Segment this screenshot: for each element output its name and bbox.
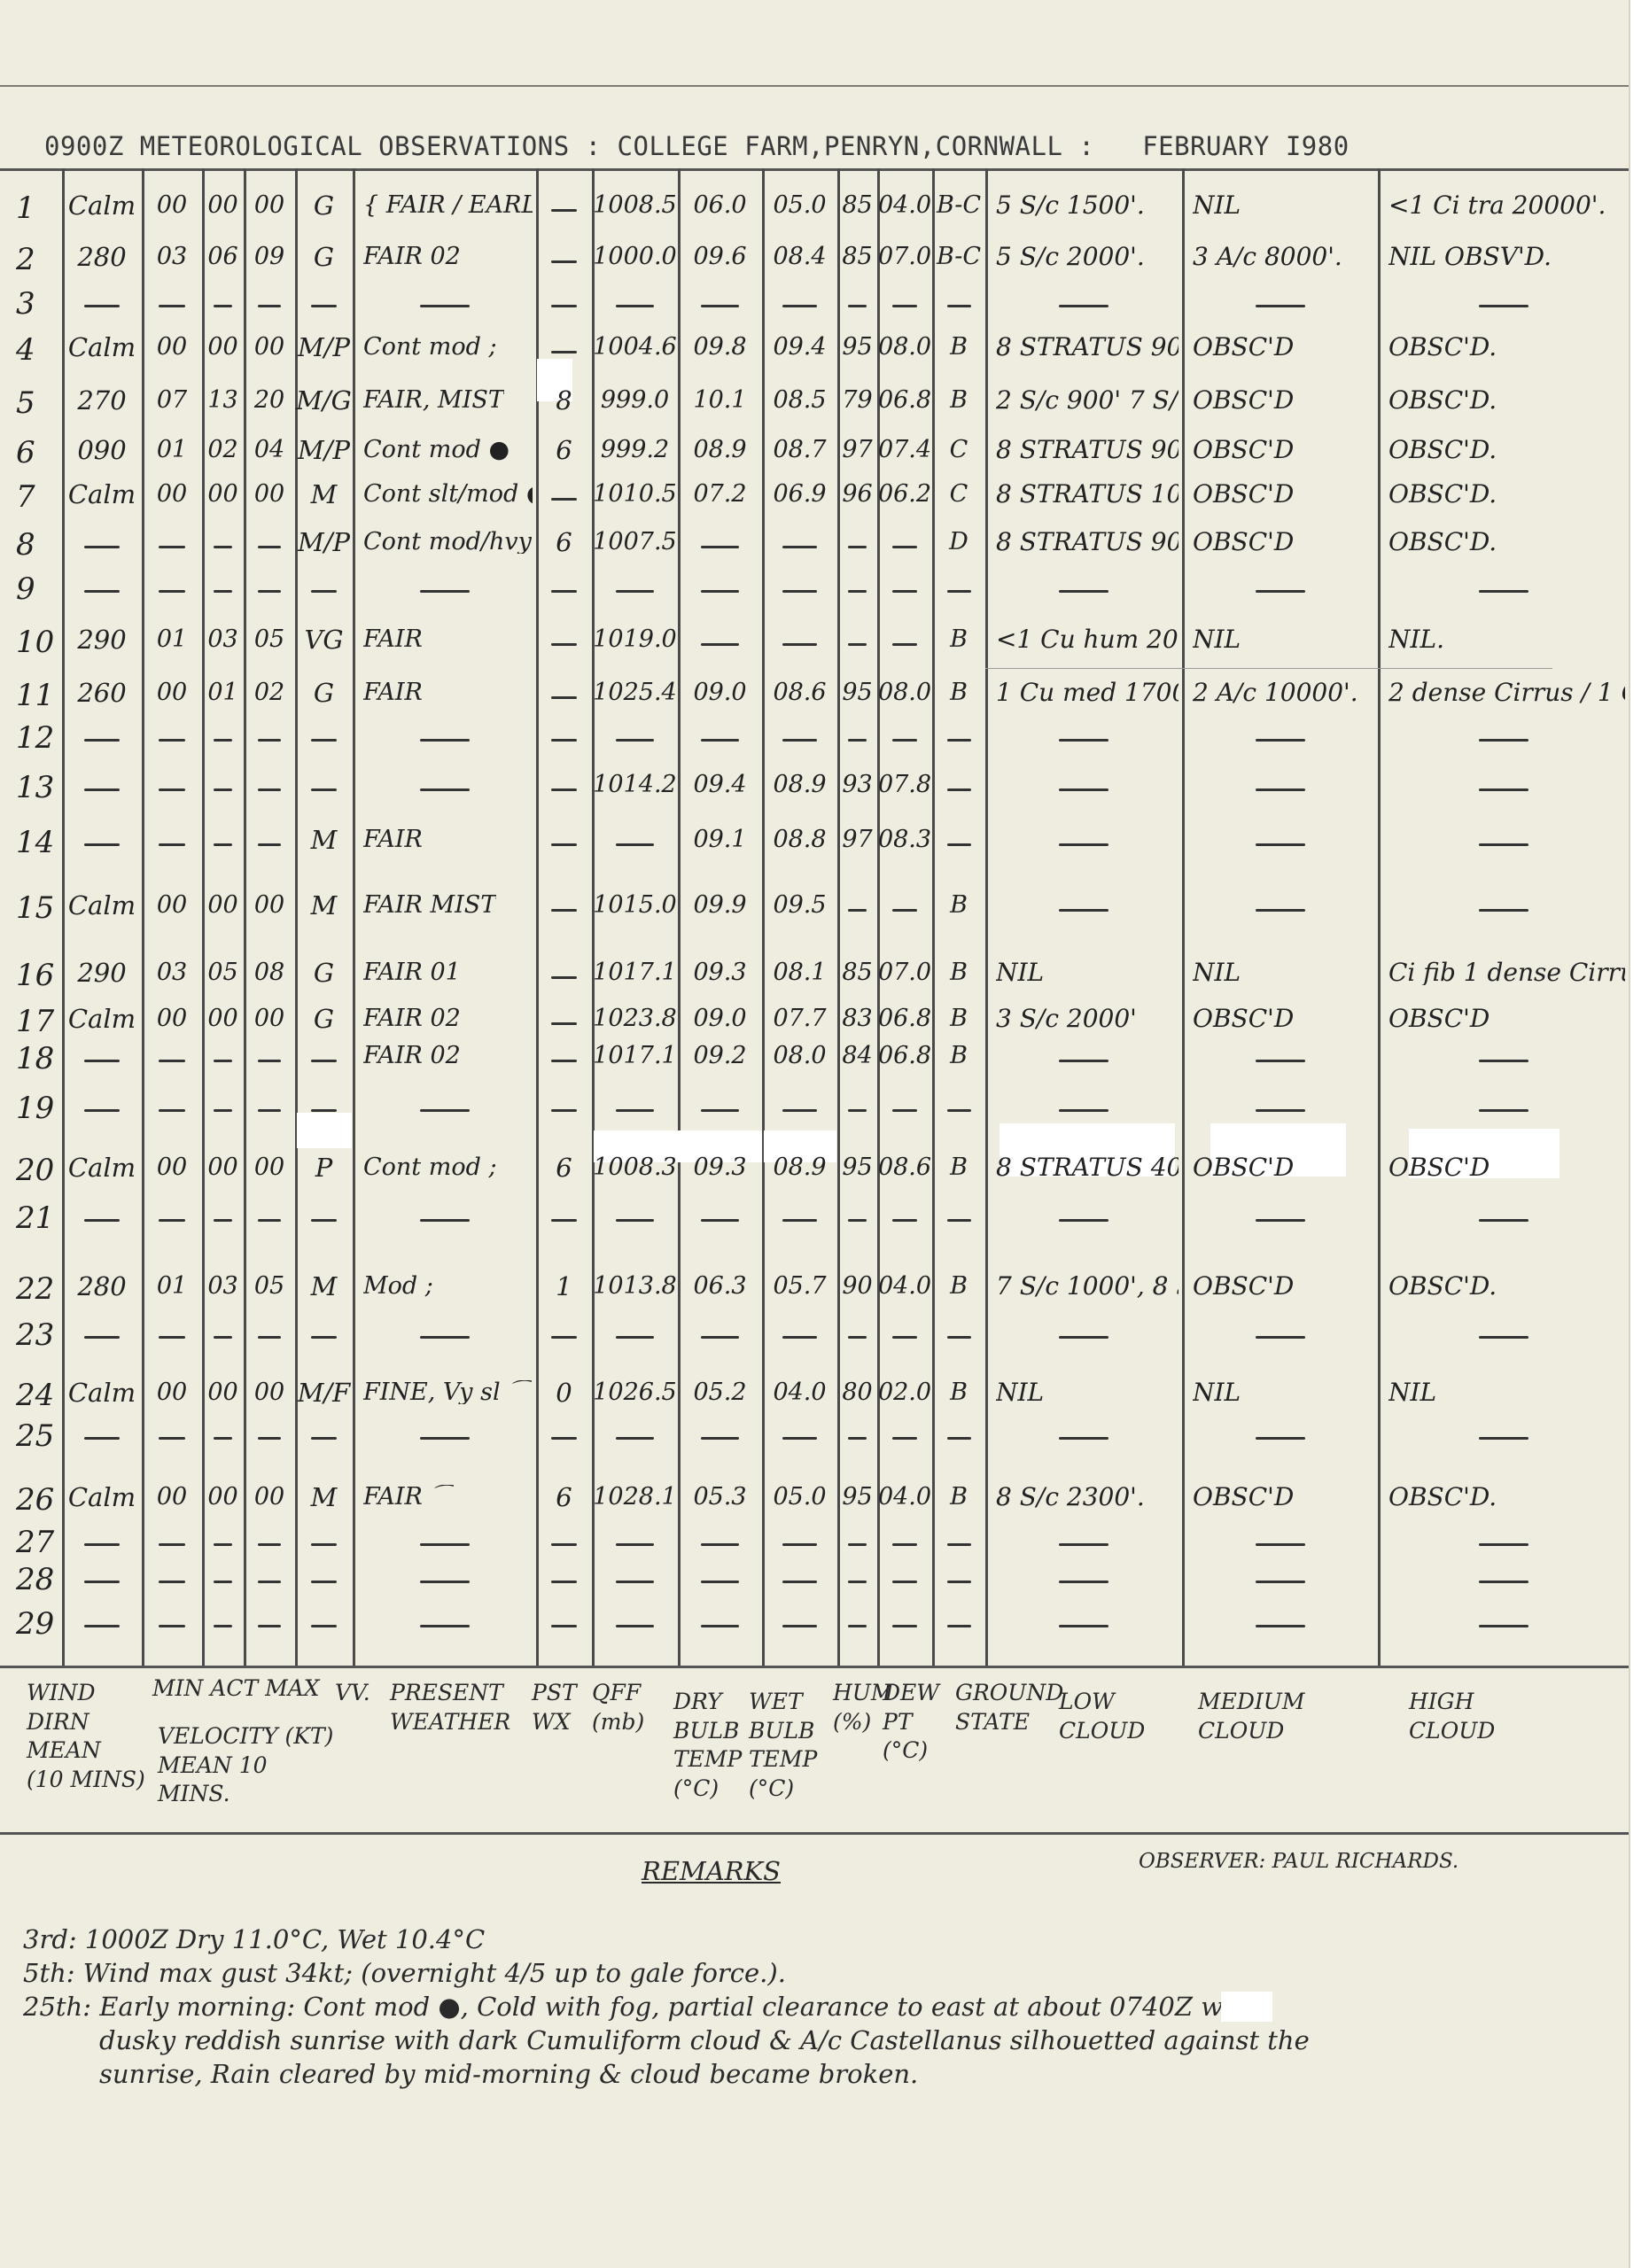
table-rule xyxy=(0,1666,1629,1668)
cell-vv: G xyxy=(295,680,353,706)
cell-dry: 09.3 xyxy=(678,960,762,984)
empty-cell-dash xyxy=(84,1060,121,1062)
table-rule xyxy=(0,1832,1629,1835)
cell-wet: 08.9 xyxy=(762,773,837,796)
cell-vel-act: 03 xyxy=(202,627,244,651)
day-number: 22 xyxy=(16,1274,54,1304)
cell-vv: P xyxy=(295,1155,353,1181)
empty-cell-dash xyxy=(1059,1625,1108,1627)
empty-cell-dash xyxy=(701,1219,739,1222)
cell-wet: 08.8 xyxy=(762,827,837,851)
cell-vel-min: 07 xyxy=(142,388,202,412)
cell-vel-min: 00 xyxy=(142,1380,202,1404)
day-number: 1 xyxy=(16,193,35,223)
header-qff: QFF (mb) xyxy=(592,1679,644,1736)
empty-cell-dash xyxy=(551,1022,576,1025)
cell-wind-dir: 280 xyxy=(62,1274,142,1300)
empty-cell-dash xyxy=(551,351,576,353)
cell-dry: 09.6 xyxy=(678,245,762,268)
empty-cell-dash xyxy=(892,1219,917,1222)
empty-cell-dash xyxy=(1479,1060,1528,1062)
day-number: 28 xyxy=(16,1565,54,1595)
cell-present-wx: FAIR, MIST xyxy=(363,388,504,412)
cell-vel-max: 00 xyxy=(244,893,295,917)
cell-vel-act: 05 xyxy=(202,960,244,984)
header-low: LOW CLOUD xyxy=(1059,1688,1145,1745)
column-divider xyxy=(1182,168,1185,1666)
empty-cell-dash xyxy=(782,590,816,593)
empty-cell-dash xyxy=(1479,305,1528,307)
cell-dew: 08.0 xyxy=(877,335,932,359)
cell-medium: 2 A/c 10000'. xyxy=(1193,680,1358,705)
cell-vv: G xyxy=(295,960,353,986)
empty-cell-dash xyxy=(258,843,281,846)
empty-cell-dash xyxy=(1479,1109,1528,1112)
empty-cell-dash xyxy=(1256,843,1305,846)
empty-cell-dash xyxy=(420,788,470,791)
day-number: 26 xyxy=(16,1485,54,1515)
empty-cell-dash xyxy=(159,305,186,307)
header-velocity-sub: MIN ACT MAX xyxy=(152,1674,320,1704)
empty-cell-dash xyxy=(84,1581,121,1583)
remark-line: 5th: Wind max gust 34kt; (overnight 4/5 … xyxy=(23,1958,786,1988)
empty-cell-dash xyxy=(1256,1543,1305,1546)
cell-high: OBSC'D. xyxy=(1388,482,1497,507)
cell-present-wx: FAIR 02 xyxy=(363,1044,461,1068)
cell-vel-min: 00 xyxy=(142,335,202,359)
cell-medium: NIL xyxy=(1193,960,1241,985)
empty-cell-dash xyxy=(848,1219,866,1222)
empty-cell-dash xyxy=(551,788,576,791)
empty-cell-dash xyxy=(420,1543,470,1546)
empty-cell-dash xyxy=(1479,1219,1528,1222)
cell-vel-max: 00 xyxy=(244,1485,295,1509)
cell-dew: 04.0 xyxy=(877,1274,932,1298)
empty-cell-dash xyxy=(84,1336,121,1339)
empty-cell-dash xyxy=(159,1060,186,1062)
empty-cell-dash xyxy=(947,1336,971,1339)
empty-cell-dash xyxy=(1256,305,1305,307)
cell-vel-max: 00 xyxy=(244,1380,295,1404)
cell-low: 3 S/c 2000' xyxy=(996,1006,1137,1031)
day-number: 12 xyxy=(16,723,54,753)
empty-cell-dash xyxy=(551,305,576,307)
cell-dry: 05.3 xyxy=(678,1485,762,1509)
cell-vel-act: 06 xyxy=(202,245,244,268)
day-number: 19 xyxy=(16,1093,54,1123)
cell-vv: G xyxy=(295,1006,353,1032)
empty-cell-dash xyxy=(616,1437,655,1440)
cell-qff: 1008.3 xyxy=(592,1155,678,1179)
cell-vel-min: 00 xyxy=(142,680,202,704)
empty-cell-dash xyxy=(1059,788,1108,791)
empty-cell-dash xyxy=(311,1543,337,1546)
empty-cell-dash xyxy=(159,1543,186,1546)
cell-medium: NIL xyxy=(1193,627,1241,652)
day-number: 13 xyxy=(16,773,54,803)
empty-cell-dash xyxy=(214,1336,232,1339)
day-number: 3 xyxy=(16,289,35,319)
cell-wind-dir: 280 xyxy=(62,245,142,270)
empty-cell-dash xyxy=(1059,1060,1108,1062)
empty-cell-dash xyxy=(311,1437,337,1440)
cell-qff: 1015.0 xyxy=(592,893,678,917)
empty-cell-dash xyxy=(1256,590,1305,593)
empty-cell-dash xyxy=(159,546,186,548)
remarks-title: REMARKS xyxy=(642,1856,781,1886)
empty-cell-dash xyxy=(551,260,576,263)
cell-high: OBSC'D. xyxy=(1388,388,1497,413)
cell-pst-wx: 8 xyxy=(536,388,592,414)
empty-cell-dash xyxy=(214,1109,232,1112)
cell-dew: 07.0 xyxy=(877,960,932,984)
empty-cell-dash xyxy=(1059,590,1108,593)
empty-cell-dash xyxy=(848,1336,866,1339)
cell-wet: 09.4 xyxy=(762,335,837,359)
empty-cell-dash xyxy=(84,1219,121,1222)
cell-vel-min: 01 xyxy=(142,438,202,462)
day-number: 8 xyxy=(16,530,35,560)
header-medium: MEDIUM CLOUD xyxy=(1198,1688,1304,1745)
empty-cell-dash xyxy=(616,1543,655,1546)
cell-hum: 97 xyxy=(837,438,877,462)
cell-dry: 09.2 xyxy=(678,1044,762,1068)
cell-vel-act: 02 xyxy=(202,438,244,462)
empty-cell-dash xyxy=(84,843,121,846)
header-ground: GROUND STATE xyxy=(955,1679,1063,1736)
cell-qff: 1026.5 xyxy=(592,1380,678,1404)
empty-cell-dash xyxy=(947,1109,971,1112)
empty-cell-dash xyxy=(892,590,917,593)
day-number: 10 xyxy=(16,627,54,657)
cell-low: 8 STRATUS 1000'. xyxy=(996,482,1178,507)
cell-vel-max: 00 xyxy=(244,1006,295,1030)
cell-dry: 10.1 xyxy=(678,388,762,412)
empty-cell-dash xyxy=(311,1109,337,1112)
empty-cell-dash xyxy=(701,643,739,646)
empty-cell-dash xyxy=(848,546,866,548)
empty-cell-dash xyxy=(616,305,655,307)
empty-cell-dash xyxy=(848,1581,866,1583)
cell-qff: 1017.1 xyxy=(592,960,678,984)
cell-pst-wx: 1 xyxy=(536,1274,592,1300)
cell-vel-min: 00 xyxy=(142,482,202,506)
cell-qff: 1017.1 xyxy=(592,1044,678,1068)
empty-cell-dash xyxy=(892,1109,917,1112)
cell-dew: 06.2 xyxy=(877,482,932,506)
header-wind-dir: WIND DIRN MEAN (10 MINS) xyxy=(27,1679,145,1794)
empty-cell-dash xyxy=(214,843,232,846)
day-number: 7 xyxy=(16,482,35,512)
day-number: 6 xyxy=(16,438,35,468)
empty-cell-dash xyxy=(616,1625,655,1627)
empty-cell-dash xyxy=(420,1581,470,1583)
cell-wet: 08.7 xyxy=(762,438,837,462)
cell-dry: 08.9 xyxy=(678,438,762,462)
cell-dew: 02.0 xyxy=(877,1380,932,1404)
empty-cell-dash xyxy=(1479,1437,1528,1440)
cell-hum: 96 xyxy=(837,482,877,506)
cell-hum: 85 xyxy=(837,960,877,984)
empty-cell-dash xyxy=(551,209,576,212)
empty-cell-dash xyxy=(159,788,186,791)
empty-cell-dash xyxy=(782,305,816,307)
cell-hum: 83 xyxy=(837,1006,877,1030)
cell-dew: 04.0 xyxy=(877,193,932,217)
empty-cell-dash xyxy=(1059,1581,1108,1583)
empty-cell-dash xyxy=(782,1581,816,1583)
empty-cell-dash xyxy=(551,1543,576,1546)
empty-cell-dash xyxy=(1059,1336,1108,1339)
cell-ground: B-C xyxy=(932,193,985,217)
cell-vel-act: 13 xyxy=(202,388,244,412)
empty-cell-dash xyxy=(214,788,232,791)
cell-vel-max: 02 xyxy=(244,680,295,704)
empty-cell-dash xyxy=(214,1060,232,1062)
cell-wet: 08.4 xyxy=(762,245,837,268)
empty-cell-dash xyxy=(782,1625,816,1627)
cell-qff: 1014.2 xyxy=(592,773,678,796)
empty-cell-dash xyxy=(947,590,971,593)
empty-cell-dash xyxy=(892,1437,917,1440)
cell-pst-wx: 6 xyxy=(536,438,592,463)
empty-cell-dash xyxy=(551,1625,576,1627)
empty-cell-dash xyxy=(420,590,470,593)
cell-hum: 85 xyxy=(837,193,877,217)
cell-hum: 84 xyxy=(837,1044,877,1068)
cell-dew: 07.4 xyxy=(877,438,932,462)
cell-ground: B-C xyxy=(932,245,985,268)
cell-ground: B xyxy=(932,1274,985,1298)
cell-wet: 07.7 xyxy=(762,1006,837,1030)
day-number: 2 xyxy=(16,245,35,275)
cell-dew: 04.0 xyxy=(877,1485,932,1509)
empty-cell-dash xyxy=(258,1581,281,1583)
cell-medium: OBSC'D xyxy=(1193,438,1294,462)
cell-vel-min: 00 xyxy=(142,1006,202,1030)
empty-cell-dash xyxy=(947,843,971,846)
cell-medium: OBSC'D xyxy=(1193,335,1294,360)
empty-cell-dash xyxy=(701,1437,739,1440)
cell-ground: B xyxy=(932,335,985,359)
empty-cell-dash xyxy=(258,1336,281,1339)
cell-dry: 06.0 xyxy=(678,193,762,217)
empty-cell-dash xyxy=(551,1581,576,1583)
cell-wet: 05.0 xyxy=(762,193,837,217)
empty-cell-dash xyxy=(848,1109,866,1112)
empty-cell-dash xyxy=(258,590,281,593)
empty-cell-dash xyxy=(420,1109,470,1112)
cell-high: NIL. xyxy=(1388,627,1444,652)
empty-cell-dash xyxy=(159,1219,186,1222)
empty-cell-dash xyxy=(258,788,281,791)
empty-cell-dash xyxy=(701,739,739,742)
cell-wind-dir: 290 xyxy=(62,627,142,653)
empty-cell-dash xyxy=(214,1543,232,1546)
cell-vel-act: 00 xyxy=(202,482,244,506)
cell-present-wx: { FAIR / EARLY ● } xyxy=(363,193,533,217)
day-number: 20 xyxy=(16,1155,54,1185)
empty-cell-dash xyxy=(551,909,576,912)
empty-cell-dash xyxy=(616,1219,655,1222)
empty-cell-dash xyxy=(258,739,281,742)
cell-high: OBSC'D. xyxy=(1388,335,1497,360)
cell-vel-max: 00 xyxy=(244,193,295,217)
cell-present-wx: Cont mod/hvy ● xyxy=(363,530,533,554)
day-number: 24 xyxy=(16,1380,54,1410)
cell-wet: 04.0 xyxy=(762,1380,837,1404)
cell-qff: 999.0 xyxy=(592,388,678,412)
cell-vel-max: 00 xyxy=(244,482,295,506)
remark-line: 25th: Early morning: Cont mod ●, Cold wi… xyxy=(23,1992,1258,2022)
cell-vel-min: 01 xyxy=(142,1274,202,1298)
remark-line: dusky reddish sunrise with dark Cumulifo… xyxy=(99,2025,1310,2055)
cell-medium: OBSC'D xyxy=(1193,1006,1294,1031)
cell-vv: M xyxy=(295,1274,353,1300)
empty-cell-dash xyxy=(616,590,655,593)
cell-dry: 09.8 xyxy=(678,335,762,359)
cell-dry: 07.2 xyxy=(678,482,762,506)
empty-cell-dash xyxy=(1479,739,1528,742)
cell-dry: 06.3 xyxy=(678,1274,762,1298)
cell-vel-min: 01 xyxy=(142,627,202,651)
empty-cell-dash xyxy=(1059,1437,1108,1440)
cell-present-wx: Cont slt/mod ● xyxy=(363,482,533,506)
cell-qff: 1025.4 xyxy=(592,680,678,704)
day-number: 5 xyxy=(16,388,35,418)
empty-cell-dash xyxy=(1256,788,1305,791)
cell-low: 8 STRATUS 900'. xyxy=(996,438,1178,462)
empty-cell-dash xyxy=(258,1060,281,1062)
cell-high: OBSC'D. xyxy=(1388,1485,1497,1510)
cell-qff: 1007.5 xyxy=(592,530,678,554)
cell-ground: C xyxy=(932,438,985,462)
cell-wind-dir: Calm xyxy=(62,482,142,508)
cell-wet: 09.5 xyxy=(762,893,837,917)
empty-cell-dash xyxy=(258,546,281,548)
cell-medium: OBSC'D xyxy=(1193,1274,1294,1299)
empty-cell-dash xyxy=(159,1437,186,1440)
empty-cell-dash xyxy=(551,1437,576,1440)
cell-wet: 08.9 xyxy=(762,1155,837,1179)
empty-cell-dash xyxy=(214,1219,232,1222)
header-pst-wx: PST WX xyxy=(532,1679,577,1736)
cell-vel-min: 03 xyxy=(142,960,202,984)
cell-qff: 1013.8 xyxy=(592,1274,678,1298)
empty-cell-dash xyxy=(616,1581,655,1583)
cell-wind-dir: Calm xyxy=(62,335,142,361)
empty-cell-dash xyxy=(1479,909,1528,912)
cell-ground: B xyxy=(932,1485,985,1509)
empty-cell-dash xyxy=(1256,739,1305,742)
cell-low: 8 S/c 2300'. xyxy=(996,1485,1145,1510)
empty-cell-dash xyxy=(892,1625,917,1627)
empty-cell-dash xyxy=(159,843,186,846)
empty-cell-dash xyxy=(84,546,121,548)
empty-cell-dash xyxy=(258,305,281,307)
empty-cell-dash xyxy=(159,1109,186,1112)
cell-dew: 06.8 xyxy=(877,1044,932,1068)
cell-present-wx: FAIR xyxy=(363,680,423,704)
empty-cell-dash xyxy=(1059,739,1108,742)
cell-wet: 08.6 xyxy=(762,680,837,704)
sheet-title: 0900Z METEOROLOGICAL OBSERVATIONS : COLL… xyxy=(44,131,1350,161)
cell-dew: 08.3 xyxy=(877,827,932,851)
empty-cell-dash xyxy=(947,1437,971,1440)
cell-ground: B xyxy=(932,1380,985,1404)
empty-cell-dash xyxy=(1479,843,1528,846)
cell-qff: 1028.1 xyxy=(592,1485,678,1509)
empty-cell-dash xyxy=(420,305,470,307)
cell-present-wx: Cont mod ● xyxy=(363,438,509,462)
day-number: 14 xyxy=(16,827,54,858)
empty-cell-dash xyxy=(1256,1219,1305,1222)
empty-cell-dash xyxy=(1256,1060,1305,1062)
cell-vel-act: 00 xyxy=(202,193,244,217)
empty-cell-dash xyxy=(258,1543,281,1546)
empty-cell-dash xyxy=(782,1543,816,1546)
empty-cell-dash xyxy=(214,1581,232,1583)
empty-cell-dash xyxy=(311,590,337,593)
cell-hum: 97 xyxy=(837,827,877,851)
empty-cell-dash xyxy=(551,1060,576,1062)
empty-cell-dash xyxy=(616,1109,655,1112)
empty-cell-dash xyxy=(701,1625,739,1627)
empty-cell-dash xyxy=(1059,1109,1108,1112)
empty-cell-dash xyxy=(214,546,232,548)
cell-hum: 90 xyxy=(837,1274,877,1298)
day-number: 15 xyxy=(16,893,54,923)
header-present-wx: PRESENT WEATHER xyxy=(390,1679,510,1736)
cell-qff: 1008.5 xyxy=(592,193,678,217)
empty-cell-dash xyxy=(1059,305,1108,307)
empty-cell-dash xyxy=(848,643,866,646)
empty-cell-dash xyxy=(551,1336,576,1339)
empty-cell-dash xyxy=(1479,788,1528,791)
day-number: 16 xyxy=(16,960,54,990)
cell-dew: 07.8 xyxy=(877,773,932,796)
cell-hum: 79 xyxy=(837,388,877,412)
empty-cell-dash xyxy=(947,1625,971,1627)
annotation-line xyxy=(985,668,1552,669)
cell-vv: VG xyxy=(295,627,353,653)
empty-cell-dash xyxy=(551,843,576,846)
cell-medium: OBSC'D xyxy=(1193,1155,1294,1180)
day-number: 23 xyxy=(16,1320,54,1350)
cell-ground: D xyxy=(932,530,985,554)
observer-name: OBSERVER: PAUL RICHARDS. xyxy=(1139,1850,1458,1873)
cell-high: Ci fib 1 dense Cirrus (E & NE) xyxy=(1388,960,1625,985)
cell-medium: OBSC'D xyxy=(1193,388,1294,413)
cell-vel-act: 01 xyxy=(202,680,244,704)
empty-cell-dash xyxy=(551,1109,576,1112)
cell-vel-max: 09 xyxy=(244,245,295,268)
cell-high: OBSC'D xyxy=(1388,1006,1490,1031)
cell-hum: 95 xyxy=(837,1155,877,1179)
cell-low: 7 S/c 1000', 8 S/c 1200'. xyxy=(996,1274,1178,1299)
empty-cell-dash xyxy=(311,788,337,791)
cell-vv: M/F xyxy=(295,1380,353,1406)
cell-pst-wx: 6 xyxy=(536,1485,592,1511)
remark-line: sunrise, Rain cleared by mid-morning & c… xyxy=(99,2059,918,2089)
empty-cell-dash xyxy=(701,1109,739,1112)
header-velocity: VELOCITY (KT) MEAN 10 MINS. xyxy=(158,1722,333,1809)
cell-vel-act: 00 xyxy=(202,1485,244,1509)
cell-ground: B xyxy=(932,1006,985,1030)
cell-high: OBSC'D. xyxy=(1388,1274,1497,1299)
empty-cell-dash xyxy=(258,1109,281,1112)
empty-cell-dash xyxy=(214,1437,232,1440)
